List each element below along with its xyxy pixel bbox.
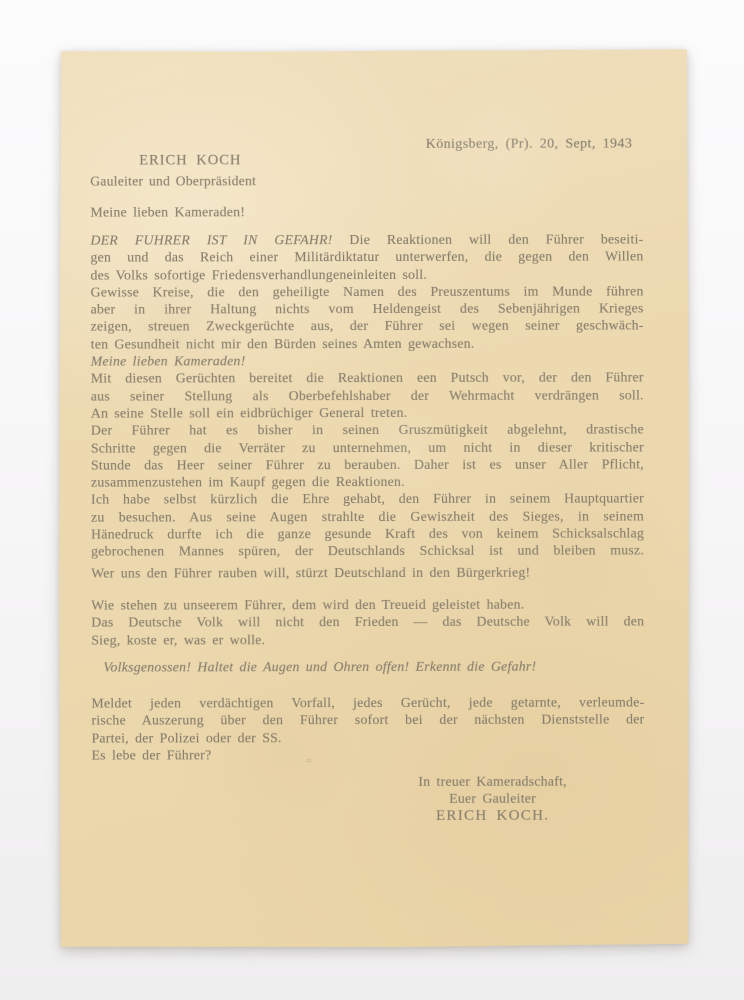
meldet-paragraph: Meldet jeden verdächtigen Vorfall, jedes… xyxy=(91,693,644,746)
body-line: Das Deutsche Volk will nicht den Frieden… xyxy=(91,613,644,631)
final-line: Es lebe der Führer? xyxy=(92,746,212,764)
signature-name: ERICH KOCH. xyxy=(372,808,614,826)
body-line: Hänedruck durfte ich die ganze gesunde K… xyxy=(91,524,644,542)
sender-name: ERICH KOCH xyxy=(90,152,290,170)
body-line: gebrochenen Mannes spüren, der Deutschla… xyxy=(91,542,644,560)
photo-background: Königsberg, (Pr). 20, Sept, 1943 ERICH K… xyxy=(0,0,744,1000)
warning-rest: Die Reaktionen will den Führer beseiti- xyxy=(349,231,643,247)
body-line: Partei, der Polizei oder der SS. xyxy=(91,728,644,746)
body-line: zu besuchen. Aus seine Augen strahlte di… xyxy=(91,507,644,525)
body-line: Der Führer hat es bisher in seinen Grusz… xyxy=(91,421,644,439)
slogan-volksgenossen: Volksgenossen! Haltet die Augen und Ohre… xyxy=(103,657,644,675)
letter-document: Königsberg, (Pr). 20, Sept, 1943 ERICH K… xyxy=(58,49,690,948)
closing-block: In treuer Kameradschaft, Euer Gauleiter … xyxy=(372,772,614,825)
inline-salutation: Meine lieben Kameraden! xyxy=(91,352,644,370)
body-line: DER FUHRER IST IN GEFAHR! Die Reaktionen… xyxy=(90,230,643,248)
sender-title: Gauleiter und Oberpräsident xyxy=(90,172,290,190)
paper-shadow-wrap: Königsberg, (Pr). 20, Sept, 1943 ERICH K… xyxy=(58,49,690,948)
body-line: Ich habe selbst kürzlich die Ehre gehabt… xyxy=(91,490,644,508)
date-line: Königsberg, (Pr). 20, Sept, 1943 xyxy=(426,135,633,153)
body-line: gen und das Reich einer Militärdiktatur … xyxy=(90,248,643,266)
volk-paragraph: Wie stehen zu unseerem Führer, dem wird … xyxy=(91,595,644,648)
salutation: Meine lieben Kameraden! xyxy=(90,203,245,221)
main-paragraphs: DER FUHRER IST IN GEFAHR! Die Reaktionen… xyxy=(90,230,644,560)
body-line: Sieg, koste er, was er wolle. xyxy=(91,630,644,648)
body-line: des Volks sofortige Friedensverhandlunge… xyxy=(91,265,644,283)
body-line: aus seiner Stellung als Oberbefehlshaber… xyxy=(91,386,644,404)
body-line: Mit diesen Gerüchten bereitet die Reakti… xyxy=(91,369,644,387)
closing-line: Euer Gauleiter xyxy=(372,790,614,808)
slogan-buergerkrieg: Wer uns den Führer rauben will, stürzt D… xyxy=(91,563,644,581)
body-line: Meldet jeden verdächtigen Vorfall, jedes… xyxy=(91,693,644,711)
closing-line: In treuer Kameradschaft, xyxy=(372,772,614,790)
body-line: zusammenzustehen im Kaupf gegen die Reak… xyxy=(91,473,644,491)
body-line: ten Gesundheit nicht mir den Bürden sein… xyxy=(91,334,644,352)
body-line: Wie stehen zu unseerem Führer, dem wird … xyxy=(91,595,644,613)
body-line: zeigen, streuen Zweckgerüchte aus, der F… xyxy=(91,317,644,335)
warning-lead: DER FUHRER IST IN GEFAHR! xyxy=(90,232,332,248)
body-line: rische Auszerung über den Führer sofort … xyxy=(91,711,644,729)
print-artifact: = xyxy=(307,753,312,770)
body-line: aber in ihrer Haltung nichts vom Heldeng… xyxy=(91,300,644,318)
body-line: Stunde das Heer seiner Führer zu beraube… xyxy=(91,455,644,473)
sender-block: ERICH KOCH Gauleiter und Oberpräsident xyxy=(90,152,290,190)
body-line: Schritte gegen die Verräter zu unternehm… xyxy=(91,438,644,456)
body-line: An seine Stelle soll ein eidbrüchiger Ge… xyxy=(91,403,644,421)
body-line: Gewisse Kreise, die den geheiligte Namen… xyxy=(91,282,644,300)
